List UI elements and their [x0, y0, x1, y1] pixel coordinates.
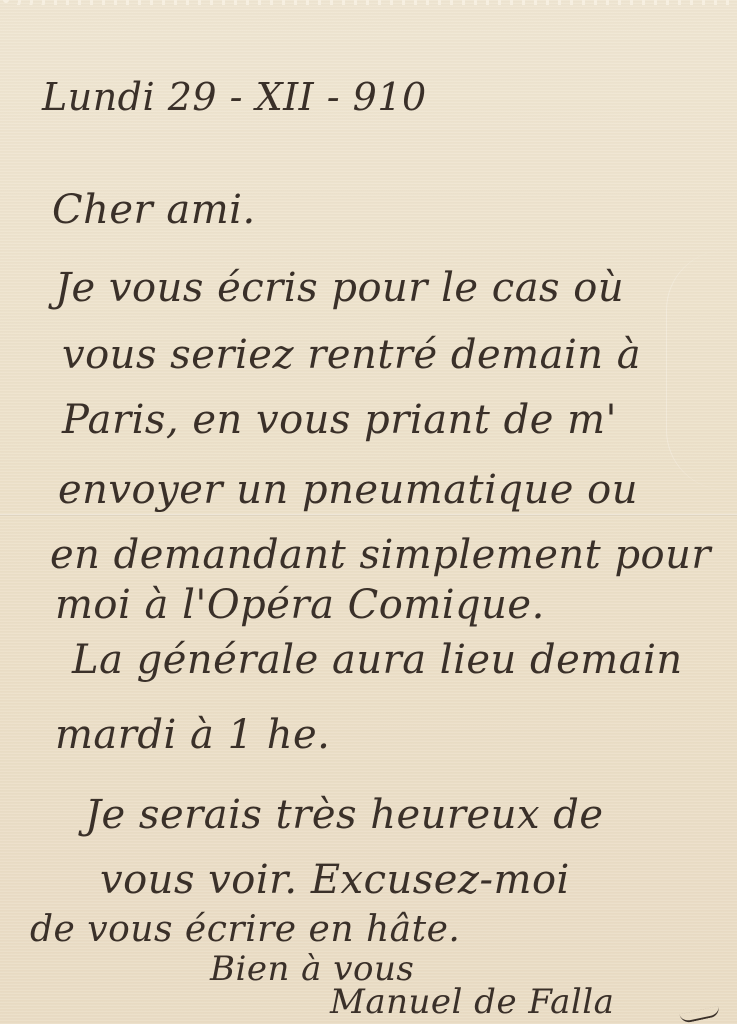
letter-salutation: Cher ami.: [52, 190, 256, 230]
body-line: Je serais très heureux de: [85, 795, 604, 835]
body-line: La générale aura lieu demain: [72, 640, 683, 680]
perforated-top-edge: [0, 0, 737, 5]
body-line: de vous écrire en hâte.: [30, 912, 460, 948]
body-line: mardi à 1 he.: [55, 715, 330, 755]
body-line: moi à l'Opéra Comique.: [55, 585, 545, 625]
letter-page: Lundi 29 - XII - 910 Cher ami. Je vous é…: [0, 0, 737, 1024]
body-line: vous seriez rentré demain à: [62, 335, 641, 375]
body-line: vous voir. Excusez-moi: [100, 860, 570, 900]
paper-crease: [666, 250, 737, 490]
body-line: en demandant simplement pour: [50, 535, 711, 575]
letter-date: Lundi 29 - XII - 910: [42, 78, 427, 116]
signature-flourish: [679, 1006, 720, 1024]
body-line: Je vous écris pour le cas où: [55, 268, 624, 308]
paper-fold-line: [0, 514, 737, 516]
letter-closing: Bien à vous: [210, 952, 414, 986]
body-line: Paris, en vous priant de m': [62, 400, 617, 440]
body-line: envoyer un pneumatique ou: [58, 470, 638, 510]
letter-signature: Manuel de Falla: [330, 985, 614, 1019]
